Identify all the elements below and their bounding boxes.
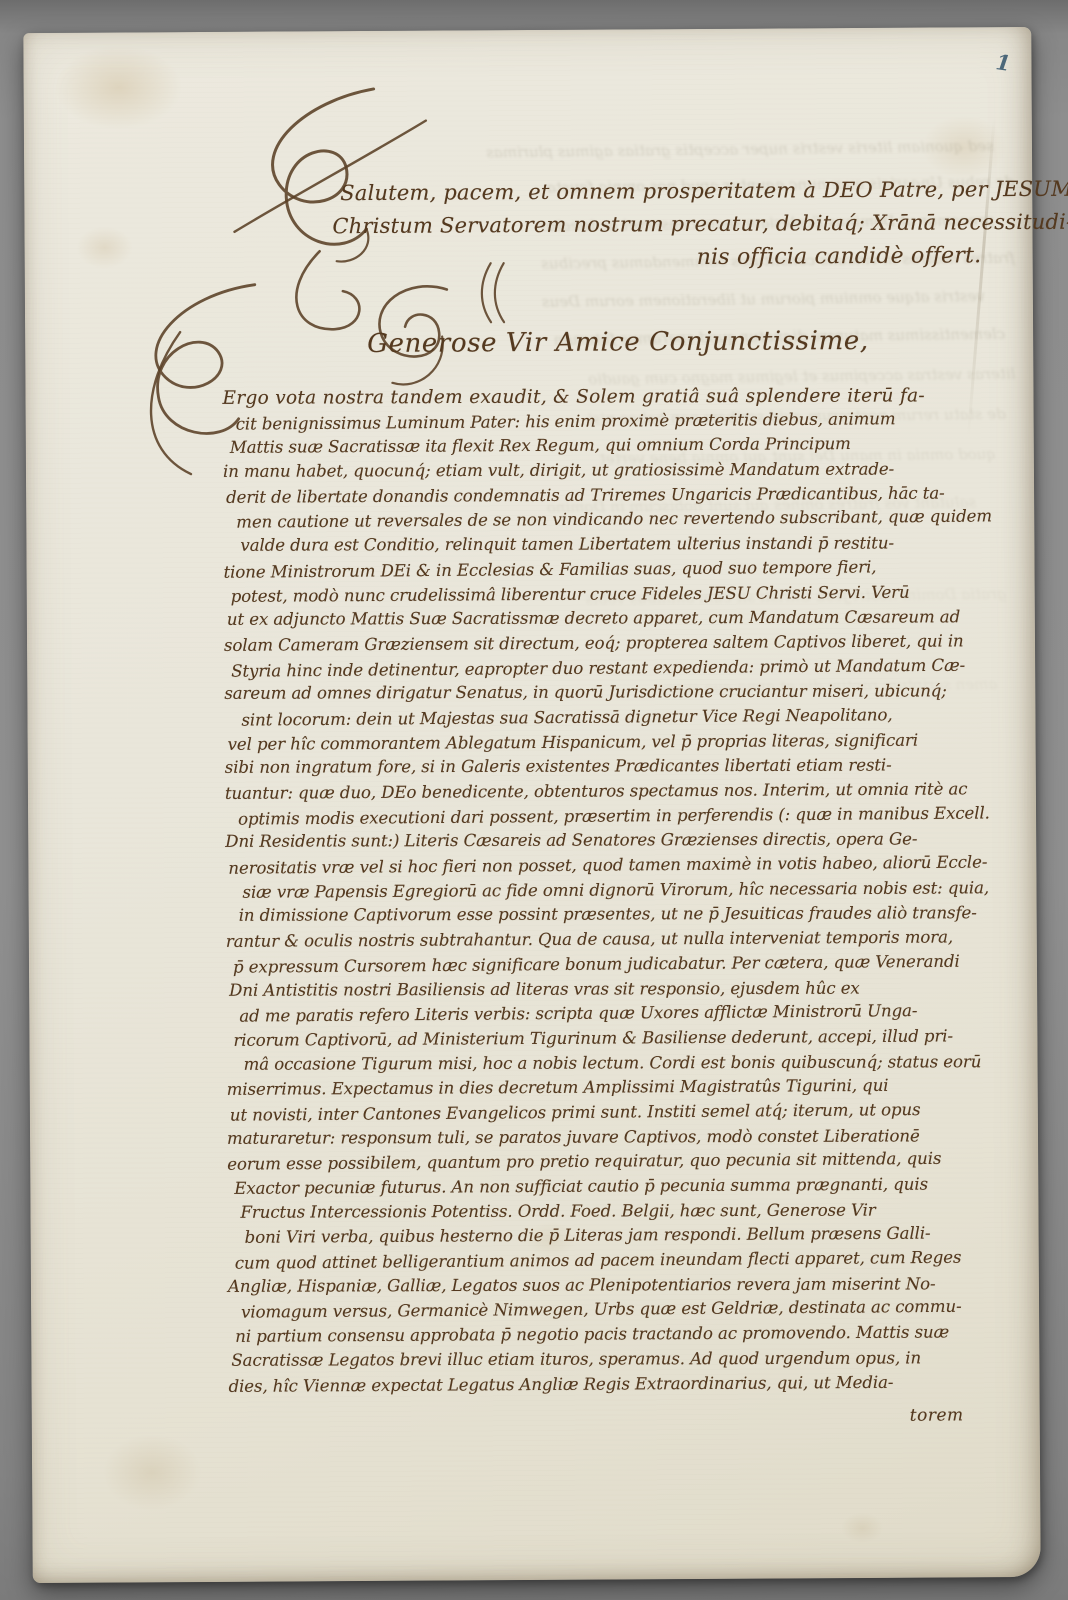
catchword: torem xyxy=(910,1405,964,1425)
manuscript-line: ni partium consensu approbata p̄ negotio… xyxy=(235,1322,1028,1352)
manuscript-page: sed quoniam literis vestris nuper accept… xyxy=(23,27,1040,1583)
manuscript-line: sibi non ingratum fore, si in Galeris ex… xyxy=(225,755,1025,782)
greeting-line-3: nis officia candidè offert. xyxy=(697,239,1041,274)
manuscript-line: Exactor pecuniæ futurus. An non sufficia… xyxy=(234,1174,1027,1204)
manuscript-line: dies, hîc Viennæ expectat Legatus Angliæ… xyxy=(228,1371,1028,1401)
greeting-line-1: Salutem, pacem, et omnem prosperitatem à… xyxy=(340,173,1040,210)
manuscript-line: in dimissione Captivorum esse possint pr… xyxy=(239,903,1026,930)
manuscript-line: mâ occasione Tigurum misi, hoc a nobis l… xyxy=(244,1052,1027,1079)
greeting-line-2: Christum Servatorem nostrum precatur, de… xyxy=(332,206,1040,243)
letter-body: Ergo vota nostra tandem exaudit, & Solem… xyxy=(222,384,1028,1401)
manuscript-line: in manu habet, quocunq́; etiam vult, dir… xyxy=(223,459,1023,486)
bleed-through-line: vestris atque omnium piorum ut liberatio… xyxy=(385,287,985,313)
manuscript-line: Sacratissæ Legatos brevi illuc etiam itu… xyxy=(231,1348,1028,1375)
manuscript-line: Fructus Intercessionis Potentiss. Ordd. … xyxy=(240,1200,1027,1227)
salutation: Generose Vir Amice Conjunctissime, xyxy=(367,326,869,359)
manuscript-line: ut ex adjuncto Mattis Suæ Sacratissmæ de… xyxy=(227,607,1024,634)
letter-greeting: Salutem, pacem, et omnem prosperitatem à… xyxy=(340,173,1041,276)
page-number: 1 xyxy=(994,49,1028,83)
bleed-through-line: sed quoniam literis vestris nuper accept… xyxy=(354,137,994,163)
